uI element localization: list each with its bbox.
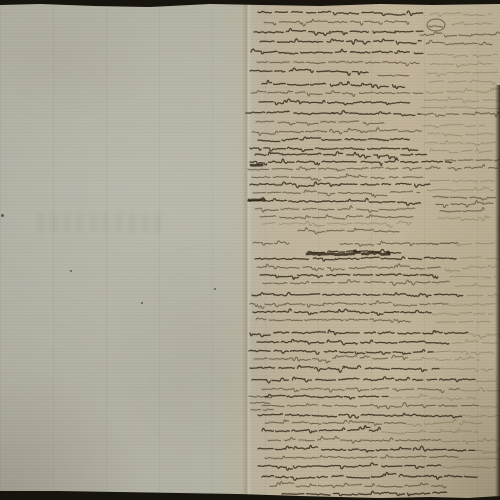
ink-speck xyxy=(141,302,143,304)
ink-speck xyxy=(70,270,72,272)
manuscript-scan xyxy=(0,0,500,500)
handwriting-layer xyxy=(0,0,500,500)
ink-speck xyxy=(214,288,216,290)
paper-sheet xyxy=(0,0,500,500)
ink-speck xyxy=(1,214,4,217)
circled-annotation xyxy=(427,19,445,31)
